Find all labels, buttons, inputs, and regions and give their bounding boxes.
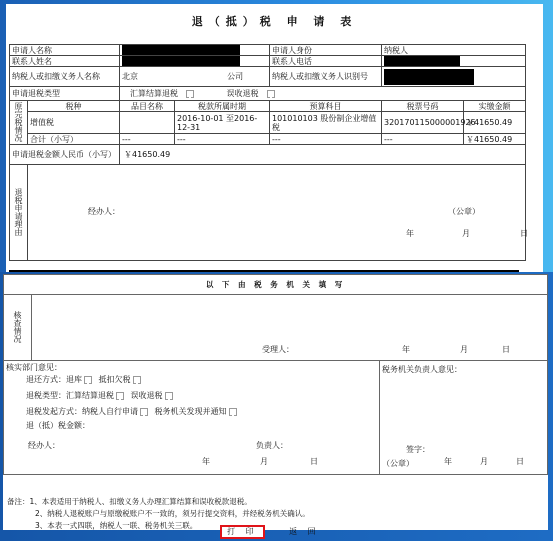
applicant-identity-value: 纳税人	[382, 45, 526, 56]
col-period: 税款所属时期	[175, 101, 270, 112]
leader-opinion-label: 税务机关负责人意见：	[380, 361, 547, 374]
dept-opinion-area: 核实部门意见： 退还方式：退库 抵扣欠税 退税类型：汇算结算退税 误收退税 退税…	[4, 361, 380, 475]
office-seal-label: （公章）	[382, 459, 414, 468]
dept-handler-label: 经办人：	[28, 441, 60, 450]
refund-amount-label: 申请退税金额人民币（小写）	[10, 145, 120, 165]
refund-type-label: 申请退税类型	[10, 87, 120, 101]
reason-label: 退税申请理由	[10, 165, 28, 261]
taxpayer-id-label: 纳税人或扣缴义务人识别号	[270, 67, 382, 87]
taxpayer-id-value	[382, 67, 526, 87]
original-tax-label: 原完税情况	[10, 101, 28, 145]
total-row: 合计（小写） --- --- --- --- ￥41650.49	[10, 134, 526, 145]
application-table: 申请人名称 申请人身份 纳税人 联系人姓名 联系人电话 纳税人或扣缴义务人名称 …	[9, 44, 526, 261]
col-amount: 实缴金额	[464, 101, 526, 112]
checkbox-treasury-refund[interactable]	[84, 376, 92, 384]
cell-item-name	[120, 112, 175, 134]
checkbox-settlement-refund[interactable]	[186, 90, 194, 98]
seal-label: （公章）	[448, 207, 480, 216]
acceptor-label: 受理人：	[262, 345, 294, 354]
cell-period: 2016-10-01 至2016-12-31	[175, 112, 270, 134]
application-window: 退（抵）税 申 请 表 申请人名称 申请人身份 纳税人 联系人姓名 联系人电话 …	[0, 0, 553, 272]
cell-ticket-no: 320170115000001926	[382, 112, 464, 134]
tax-office-form: 以 下 由 税 务 机 关 填 写 核查情况 受理人： 年 月 日 核实部门意见…	[3, 274, 548, 530]
col-budget-subject: 预算科目	[270, 101, 382, 112]
total-amount: ￥41650.49	[464, 134, 526, 145]
form-title: 退（抵）税 申 请 表	[6, 13, 543, 29]
tax-office-window: 以 下 由 税 务 机 关 填 写 核查情况 受理人： 年 月 日 核实部门意见…	[0, 272, 553, 541]
cell-tax-type: 增值税	[28, 112, 120, 134]
tax-office-header: 以 下 由 税 务 机 关 填 写	[4, 275, 548, 295]
contact-phone-value	[382, 56, 526, 67]
refund-method-row: 退还方式：退库 抵扣欠税	[4, 372, 379, 388]
col-item-name: 品目名称	[120, 101, 175, 112]
refund-amount-row: 退（抵）税金额：	[4, 420, 379, 432]
responsible-label: 负责人：	[256, 441, 288, 450]
refund-amount-value: ￥41650.49	[120, 145, 526, 165]
refund-kind-row: 退税类型：汇算结算退税 误收退税	[4, 388, 379, 404]
sign-label: 签字：	[406, 445, 430, 454]
contact-name-value	[120, 56, 270, 67]
table-row: 增值税 2016-10-01 至2016-12-31 101010103 股份制…	[10, 112, 526, 134]
verify-area: 受理人： 年 月 日	[32, 295, 548, 361]
action-bar: 打 印 返 回	[220, 525, 320, 539]
cell-amount: ￥41650.49	[464, 112, 526, 134]
taxpayer-name-value: 北京 公司	[120, 67, 270, 87]
leader-opinion-area: 税务机关负责人意见： 签字： （公章） 年 月 日	[380, 361, 548, 475]
note-2: 2、纳税人退税账户与原缴税账户不一致的，须另行提交资料，并经税务机关确认。	[7, 508, 310, 520]
refund-type-options: 汇算结算退税 误收退税	[120, 87, 526, 101]
cell-budget-subject: 101010103 股份制企业增值税	[270, 112, 382, 134]
note-1: 1、本表适用于纳税人、扣缴义务人办理汇算结算和误收税款退税。	[30, 497, 252, 506]
checkbox-kind-settlement[interactable]	[116, 392, 124, 400]
reason-area: 经办人： （公章） 年 月 日	[28, 165, 526, 261]
applicant-name-label: 申请人名称	[10, 45, 120, 56]
dept-opinion-label: 核实部门意见：	[4, 361, 379, 372]
col-tax-type: 税种	[28, 101, 120, 112]
contact-name-label: 联系人姓名	[10, 56, 120, 67]
print-button[interactable]: 打 印	[220, 525, 265, 539]
applicant-identity-label: 申请人身份	[270, 45, 382, 56]
checkbox-offset-arrears[interactable]	[133, 376, 141, 384]
applicant-name-value	[120, 45, 270, 56]
contact-phone-label: 联系人电话	[270, 56, 382, 67]
tax-office-table: 以 下 由 税 务 机 关 填 写 核查情况 受理人： 年 月 日 核实部门意见…	[3, 274, 548, 475]
handler-label: 经办人：	[88, 207, 120, 216]
taxpayer-name-label: 纳税人或扣缴义务人名称	[10, 67, 120, 87]
checkbox-self-apply[interactable]	[140, 408, 148, 416]
checkbox-erroneous-refund[interactable]	[267, 90, 275, 98]
verify-label: 核查情况	[4, 295, 32, 361]
back-button[interactable]: 返 回	[289, 526, 320, 537]
checkbox-office-notify[interactable]	[229, 408, 237, 416]
total-label: 合计（小写）	[28, 134, 120, 145]
initiate-row: 退税发起方式：纳税人自行申请 税务机关发现并通知	[4, 404, 379, 420]
col-ticket-no: 税票号码	[382, 101, 464, 112]
application-form: 退（抵）税 申 请 表 申请人名称 申请人身份 纳税人 联系人姓名 联系人电话 …	[6, 4, 543, 272]
checkbox-kind-erroneous[interactable]	[165, 392, 173, 400]
